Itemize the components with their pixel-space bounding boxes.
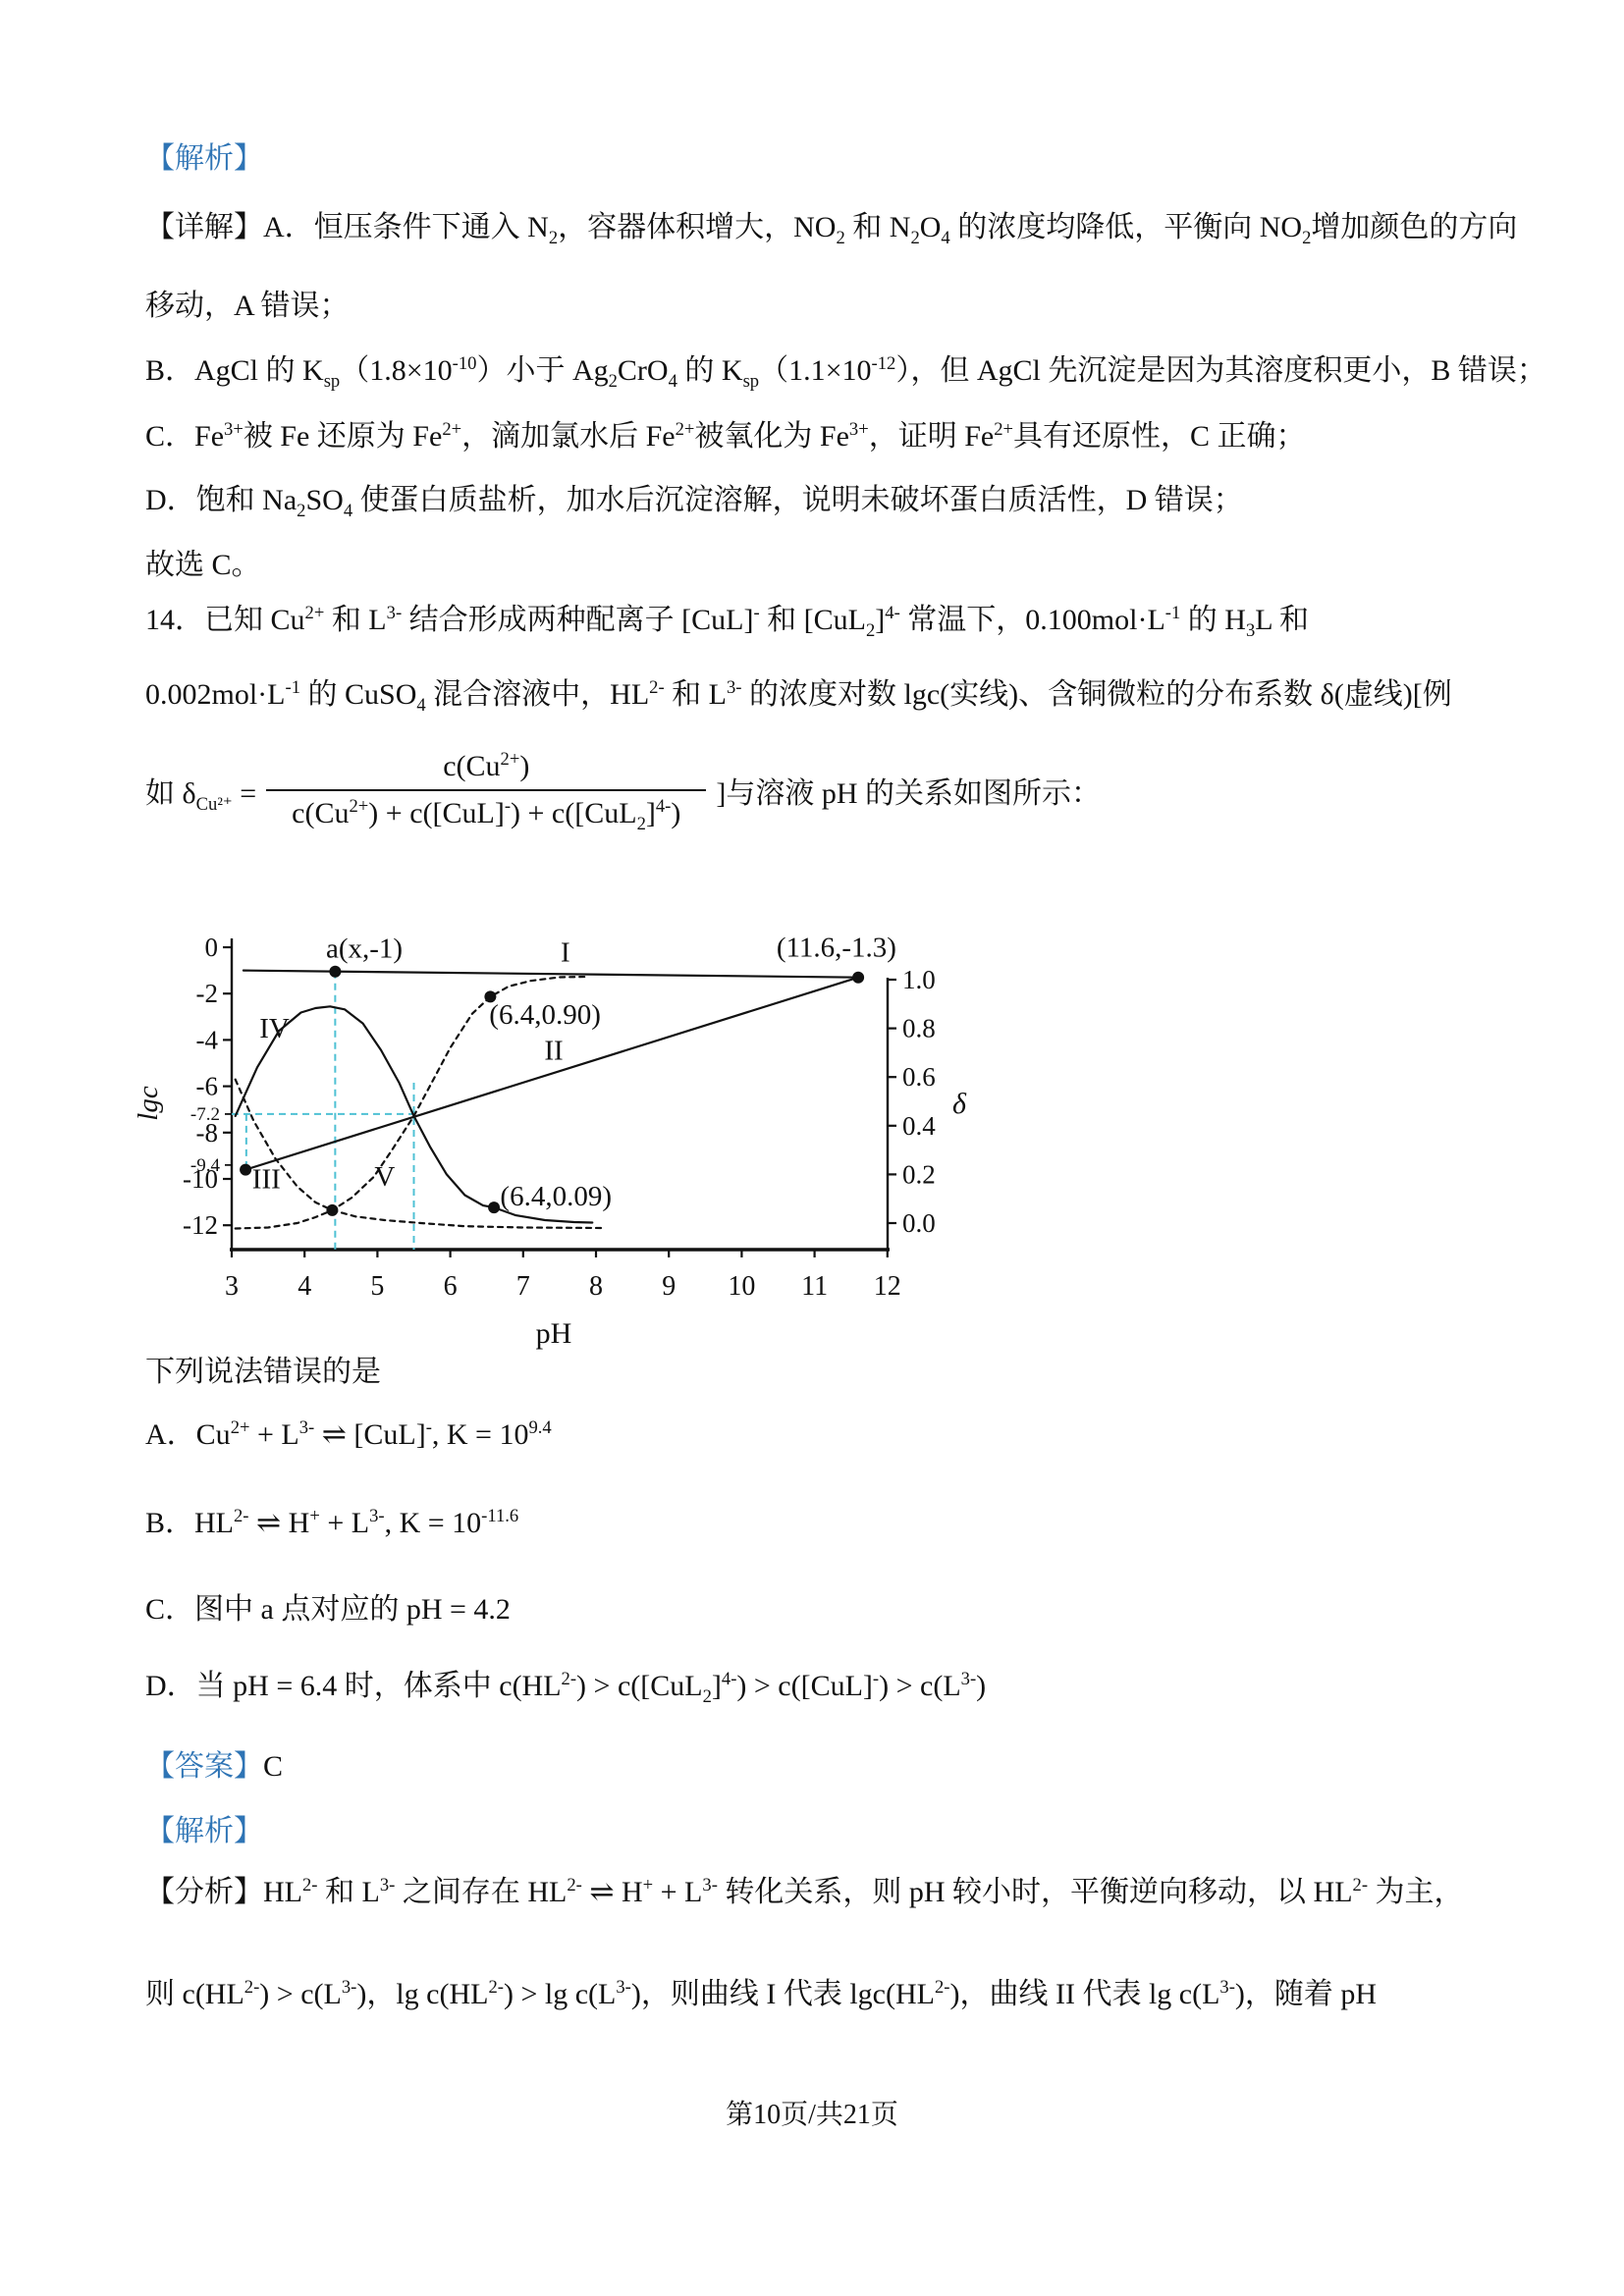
svg-text:(11.6,-1.3): (11.6,-1.3) — [777, 932, 896, 963]
svg-text:5: 5 — [370, 1271, 384, 1302]
svg-text:3: 3 — [225, 1271, 239, 1302]
svg-text:0.2: 0.2 — [902, 1159, 936, 1189]
svg-text:(6.4,0.90): (6.4,0.90) — [489, 999, 601, 1031]
exam-solution-page: { "page": {"footer": "第10页/共21页"}, "colo… — [0, 0, 1624, 2296]
svg-text:12: 12 — [874, 1271, 901, 1302]
option-a: A．Cu2+ + L3- ⇌ [CuL]-, K = 109.4 — [145, 1415, 552, 1455]
page-number: 第10页/共21页 — [0, 2093, 1624, 2132]
detail-line-b: B．AgCl 的 Ksp（1.8×10-10）小于 Ag2CrO4 的 Ksp（… — [145, 351, 1546, 391]
svg-text:8: 8 — [589, 1271, 603, 1302]
svg-text:7: 7 — [516, 1271, 530, 1302]
svg-text:IV: IV — [259, 1013, 290, 1044]
svg-text:6: 6 — [444, 1271, 458, 1302]
detail-line-a2: 移动，A 错误； — [145, 287, 350, 326]
option-b: B．HL2- ⇌ H+ + L3-, K = 10-11.6 — [145, 1504, 518, 1543]
svg-text:lgc: lgc — [133, 1086, 164, 1121]
svg-text:-2: -2 — [196, 979, 219, 1008]
svg-text:-7.2: -7.2 — [190, 1104, 220, 1125]
svg-text:-6: -6 — [196, 1072, 219, 1101]
svg-text:-9.4: -9.4 — [190, 1155, 221, 1176]
analysis-label-2: 【解析】 — [145, 1812, 263, 1851]
formula-suffix: ]与溶液 pH 的关系如图所示： — [716, 769, 1101, 812]
detail-conclusion: 故选 C。 — [145, 546, 261, 585]
option-d: D．当 pH = 6.4 时，体系中 c(HL2-) > c([CuL2]4-)… — [145, 1667, 986, 1706]
svg-text:-12: -12 — [183, 1210, 218, 1240]
svg-text:4: 4 — [298, 1271, 311, 1302]
question-line-1: 14．已知 Cu2+ 和 L3- 结合形成两种配离子 [CuL]- 和 [CuL… — [145, 601, 1309, 640]
svg-text:(6.4,0.09): (6.4,0.09) — [500, 1181, 612, 1212]
svg-text:pH: pH — [536, 1317, 572, 1350]
svg-text:10: 10 — [728, 1271, 755, 1302]
analysis-line-1: 【分析】HL2- 和 L3- 之间存在 HL2- ⇌ H+ + L3- 转化关系… — [145, 1873, 1464, 1912]
option-c: C．图中 a 点对应的 pH = 4.2 — [145, 1590, 511, 1629]
question-line-2: 0.002mol·L-1 的 CuSO4 混合溶液中，HL2- 和 L3- 的浓… — [145, 675, 1452, 715]
svg-text:V: V — [374, 1161, 395, 1193]
answer-line: 【答案】C — [145, 1747, 283, 1787]
analysis-line-2: 则 c(HL2-) > c(L3-)，lg c(HL2-) > lg c(L3-… — [145, 1975, 1377, 2014]
svg-text:1.0: 1.0 — [902, 965, 936, 994]
formula-numerator: c(Cu2+) — [266, 748, 706, 791]
chart-svg: 0-2-4-6-8-10-12-7.2-9.41.00.80.60.40.20.… — [126, 921, 980, 1364]
formula-prefix: 如 δCu²⁺ = — [145, 769, 256, 812]
distribution-chart: 0-2-4-6-8-10-12-7.2-9.41.00.80.60.40.20.… — [126, 921, 980, 1364]
formula-fraction: c(Cu2+) c(Cu2+) + c([CuL]-) + c([CuL2]4-… — [266, 748, 706, 832]
analysis-label-1: 【解析】 — [145, 139, 263, 179]
svg-text:0: 0 — [205, 933, 219, 962]
svg-text:a(x,-1): a(x,-1) — [326, 934, 403, 965]
svg-text:0.4: 0.4 — [902, 1111, 936, 1141]
svg-text:III: III — [252, 1163, 281, 1195]
formula-denominator: c(Cu2+) + c([CuL]-) + c([CuL2]4-) — [266, 791, 706, 832]
svg-text:-4: -4 — [196, 1025, 219, 1054]
svg-text:δ: δ — [952, 1088, 967, 1120]
svg-text:0.6: 0.6 — [902, 1062, 936, 1092]
svg-text:11: 11 — [801, 1271, 828, 1302]
detail-line-a1: 【详解】A．恒压条件下通入 N2，容器体积增大，NO2 和 N2O4 的浓度均降… — [145, 208, 1517, 247]
delta-definition-formula: 如 δCu²⁺ = c(Cu2+) c(Cu2+) + c([CuL]-) + … — [145, 748, 1101, 832]
svg-text:9: 9 — [662, 1271, 676, 1302]
question-stem: 下列说法错误的是 — [145, 1353, 381, 1392]
detail-line-c: C．Fe3+被 Fe 还原为 Fe2+，滴加氯水后 Fe2+被氧化为 Fe3+，… — [145, 417, 1306, 456]
svg-text:0.8: 0.8 — [902, 1014, 936, 1043]
detail-line-d: D．饱和 Na2SO4 使蛋白质盐析，加水后沉淀溶解，说明未破坏蛋白质活性，D … — [145, 481, 1243, 520]
svg-text:I: I — [561, 937, 570, 969]
svg-text:0.0: 0.0 — [902, 1208, 936, 1238]
svg-text:II: II — [544, 1036, 563, 1067]
